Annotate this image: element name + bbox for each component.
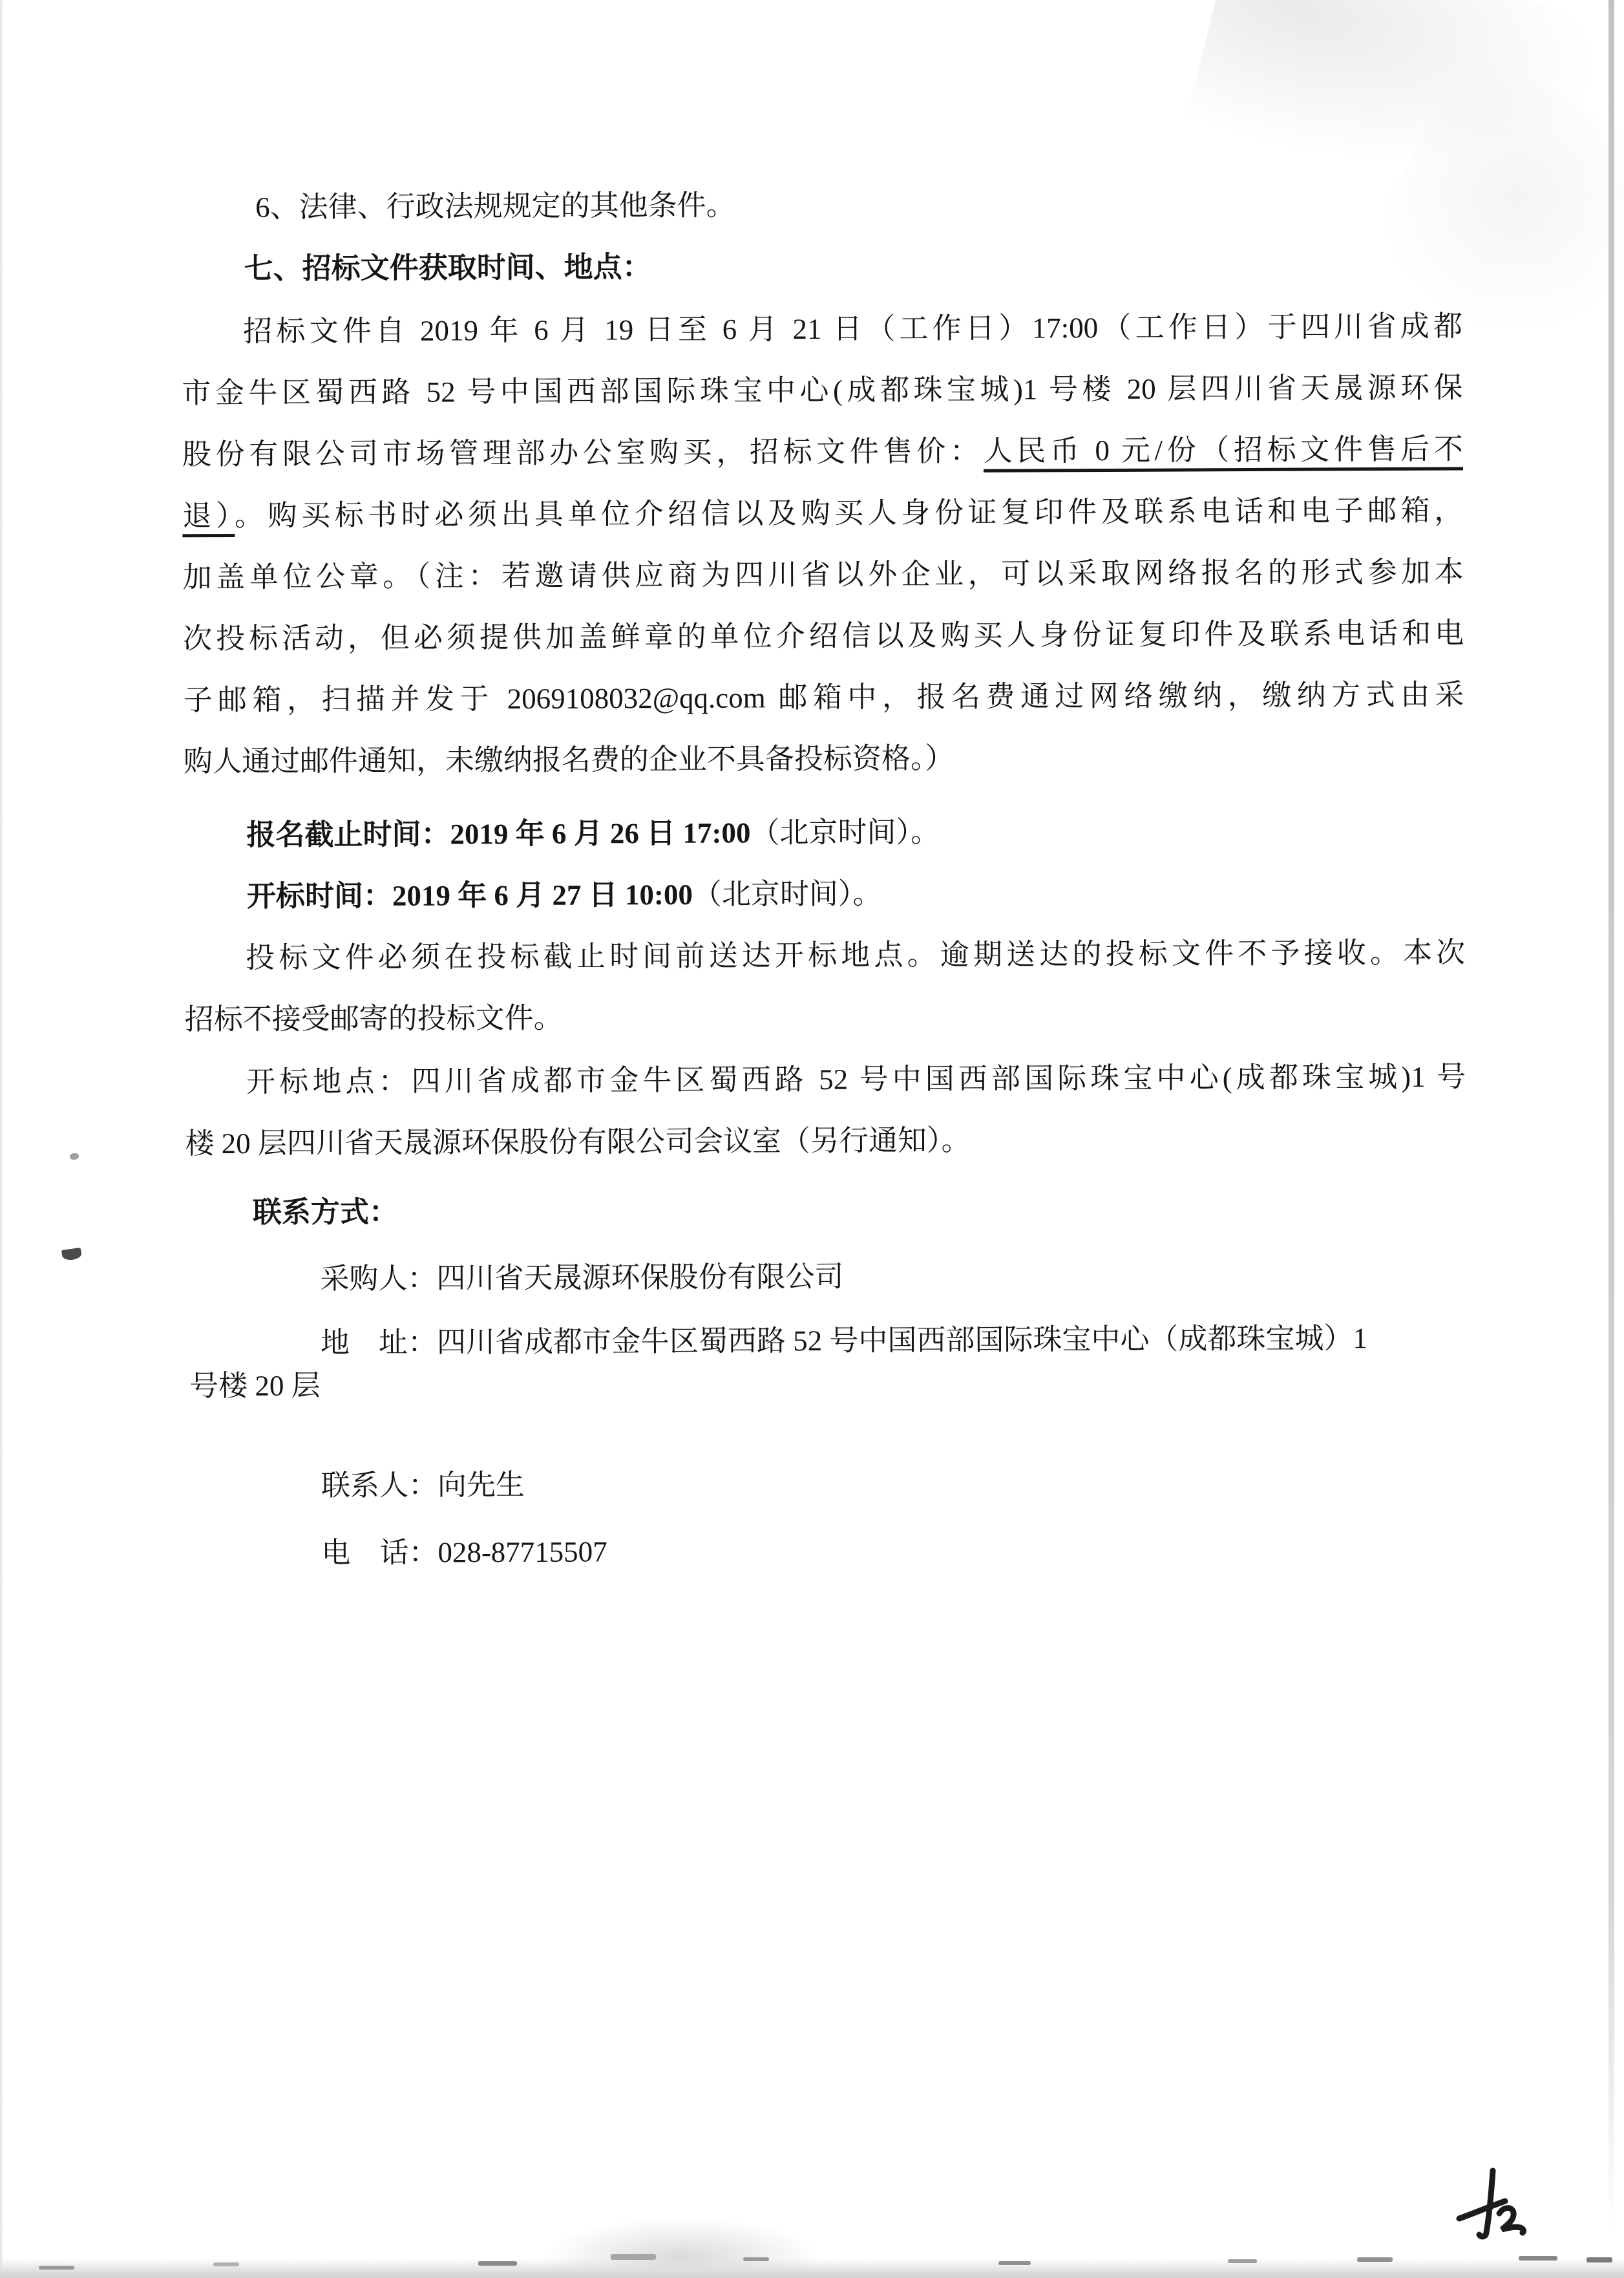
para-tender-document-purchase: 招标文件自 2019 年 6 月 19 日至 6 月 21 日（工作日）17:0… — [182, 296, 1464, 793]
text-line: 加盖单位公章。（注：若邀请供应商为四川省以外企业，可以采取网络报名的形式参加本 — [183, 542, 1464, 609]
text-segment: 电 话：028-87715507 — [321, 1535, 607, 1569]
text-line: 电 话：028-87715507 — [321, 1518, 1471, 1584]
text-segment: 市金牛区蜀西路 52 号中国西部国际珠宝中心(成都珠宝城)1 号楼 20 层四川… — [182, 372, 1462, 410]
text-line: 开标地点：四川省成都市金牛区蜀西路 52 号中国西部国际珠宝中心(成都珠宝城)1… — [185, 1047, 1466, 1114]
text-line: 投标文件必须在投标截止时间前送达开标地点。逾期送达的投标文件不予接收。本次 — [184, 922, 1465, 990]
text-line: 6、法律、行政法规规定的其他条件。 — [255, 172, 1464, 239]
scan-dash — [213, 2262, 239, 2266]
text-segment: 投标文件必须在投标截止时间前送达开标地点。逾期送达的投标文件不予接收。本次 — [246, 937, 1465, 974]
text-segment: 。购买标书时必须出具单位介绍信以及购买人身份证复印件及联系电话和电子邮箱， — [235, 495, 1464, 532]
text-line: 次投标活动，但必须提供加盖鲜章的单位介绍信以及购买人身份证复印件及联系电话和电 — [183, 603, 1464, 670]
text-line: 子邮箱，扫描并发于 2069108032@qq.com 邮箱中，报名费通过网络缴… — [183, 665, 1464, 732]
heading-contact: 联系方式： — [253, 1177, 1468, 1244]
line-registration-deadline: 报名截止时间：2019 年 6 月 26 日 17:00（北京时间）。 — [246, 800, 1464, 866]
line-bid-opening-time: 开标时间：2019 年 6 月 27 日 10:00（北京时间）。 — [247, 861, 1465, 928]
text-line: 招标不接受邮寄的投标文件。 — [185, 984, 1466, 1051]
scan-dash — [998, 2261, 1031, 2265]
text-segment: 次投标活动，但必须提供加盖鲜章的单位介绍信以及购买人身份证复印件及联系电话和电 — [183, 617, 1464, 655]
document-text-layer: 6、法律、行政法规规定的其他条件。七、招标文件获取时间、地点：招标文件自 201… — [0, 0, 1624, 2278]
text-segment: 报名截止时间：2019 年 6 月 26 日 17:00 — [246, 816, 750, 851]
para-bid-opening-place: 开标地点：四川省成都市金牛区蜀西路 52 号中国西部国际珠宝中心(成都珠宝城)1… — [185, 1047, 1466, 1175]
scan-dash — [1228, 2259, 1257, 2263]
scanned-page: 6、法律、行政法规规定的其他条件。七、招标文件获取时间、地点：招标文件自 201… — [0, 0, 1624, 2278]
text-segment: 号楼 20 层 — [189, 1369, 321, 1402]
text-line: 市金牛区蜀西路 52 号中国西部国际珠宝中心(成都珠宝城)1 号楼 20 层四川… — [182, 357, 1462, 425]
text-segment: 七、招标文件获取时间、地点： — [244, 251, 651, 285]
text-segment: 股份有限公司市场管理部办公室购买，招标文件售价： — [182, 435, 984, 471]
text-line: 楼 20 层四川省天晟源环保股份有限公司会议室（另行通知）。 — [185, 1108, 1466, 1175]
text-line: 七、招标文件获取时间、地点： — [244, 233, 1462, 300]
scan-dash — [1519, 2256, 1557, 2261]
text-line: 购人通过邮件通知，未缴纳报名费的企业不具备投标资格。） — [184, 726, 1464, 793]
text-segment: 6、法律、行政法规规定的其他条件。 — [255, 189, 735, 224]
text-line: 采购人：四川省天晟源环保股份有限公司 — [320, 1244, 1470, 1310]
line-contact-person: 联系人：向先生 — [321, 1451, 1471, 1517]
text-segment: 人民币 0 元/份（招标文件售后不 — [983, 433, 1463, 473]
scan-dash — [1357, 2257, 1393, 2262]
text-segment: 退） — [182, 500, 235, 537]
text-segment: 楼 20 层四川省天晟源环保股份有限公司会议室（另行通知）。 — [185, 1124, 970, 1160]
text-segment: 购人通过邮件通知，未缴纳报名费的企业不具备投标资格。） — [184, 742, 954, 778]
text-segment: 招标不接受邮寄的投标文件。 — [185, 1002, 563, 1036]
list-item-6: 6、法律、行政法规规定的其他条件。 — [255, 172, 1464, 239]
text-segment: 联系方式： — [253, 1196, 398, 1229]
handwritten-page-mark — [1440, 2151, 1550, 2255]
text-segment: （北京时间）。 — [750, 816, 940, 849]
text-segment: 联系人：向先生 — [321, 1469, 525, 1502]
text-line: 报名截止时间：2019 年 6 月 26 日 17:00（北京时间）。 — [246, 800, 1464, 866]
line-purchaser: 采购人：四川省天晟源环保股份有限公司 — [320, 1244, 1470, 1310]
line-address-continued: 号楼 20 层 — [189, 1350, 1470, 1418]
para-delivery-requirement: 投标文件必须在投标截止时间前送达开标地点。逾期送达的投标文件不予接收。本次招标不… — [184, 922, 1466, 1051]
text-line: 开标时间：2019 年 6 月 27 日 10:00（北京时间）。 — [247, 861, 1465, 928]
text-line: 号楼 20 层 — [189, 1350, 1470, 1418]
scan-dash — [1587, 2257, 1612, 2262]
text-segment: 招标文件自 2019 年 6 月 19 日至 6 月 21 日（工作日）17:0… — [243, 310, 1462, 348]
scan-dash — [39, 2266, 74, 2270]
scan-dash — [611, 2254, 656, 2260]
heading-section-7: 七、招标文件获取时间、地点： — [244, 233, 1462, 300]
scan-dash — [478, 2261, 517, 2266]
text-segment: （北京时间）。 — [693, 878, 882, 911]
text-segment: 开标时间：2019 年 6 月 27 日 10:00 — [247, 878, 693, 913]
text-line: 联系人：向先生 — [321, 1451, 1471, 1517]
text-segment: 采购人：四川省天晟源环保股份有限公司 — [320, 1261, 843, 1295]
scan-dash — [743, 2257, 769, 2261]
text-line: 退）。购买标书时必须出具单位介绍信以及购买人身份证复印件及联系电话和电子邮箱， — [182, 480, 1463, 548]
text-line: 联系方式： — [253, 1177, 1468, 1244]
text-segment: 加盖单位公章。（注：若邀请供应商为四川省以外企业，可以采取网络报名的形式参加本 — [183, 556, 1464, 594]
text-line: 招标文件自 2019 年 6 月 19 日至 6 月 21 日（工作日）17:0… — [182, 296, 1462, 363]
line-phone: 电 话：028-87715507 — [321, 1518, 1471, 1584]
text-line: 股份有限公司市场管理部办公室购买，招标文件售价：人民币 0 元/份（招标文件售后… — [182, 419, 1463, 486]
text-segment: 子邮箱，扫描并发于 2069108032@qq.com 邮箱中，报名费通过网络缴… — [183, 679, 1464, 717]
text-segment: 开标地点：四川省成都市金牛区蜀西路 52 号中国西部国际珠宝中心(成都珠宝城)1… — [246, 1061, 1466, 1098]
